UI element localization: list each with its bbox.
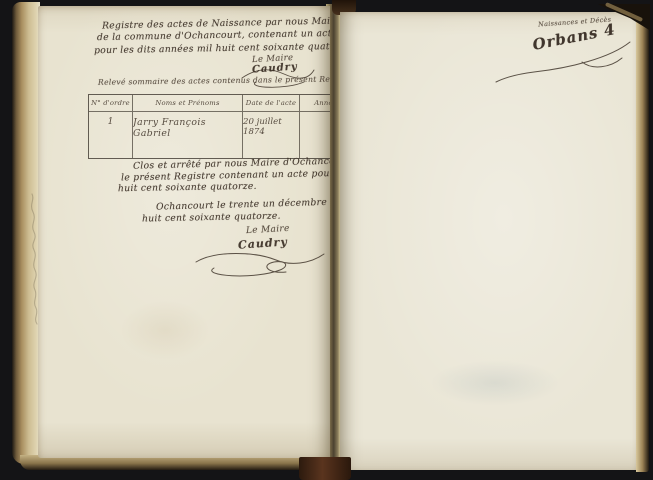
right-page-fore-edge xyxy=(636,8,649,472)
table-row-name: Jarry François Gabriel xyxy=(133,112,243,158)
col-header-order: N° d'ordre xyxy=(89,95,133,112)
corner-inscription-flourish xyxy=(490,36,635,84)
paper-stain-blue xyxy=(430,360,560,406)
table-row-date: 20 juillet 1874 xyxy=(243,112,300,158)
margin-vertical-marks xyxy=(26,192,38,337)
binding-bottom xyxy=(299,457,351,480)
closing-line-3: huit cent soixante quatorze. xyxy=(118,181,257,194)
summary-table: N° d'ordre Noms et Prénoms Date de l'act… xyxy=(88,94,330,159)
archive-scan-view: Registre des actes de Naissance par nous… xyxy=(0,0,653,480)
right-page: Naissances et Décès Orbans 4 xyxy=(340,12,638,470)
annotation-brace-mark xyxy=(326,117,330,157)
closing-role-label: Le Maire xyxy=(246,224,290,236)
opening-line-3: pour les dits années mil huit cent soixa… xyxy=(94,41,330,56)
col-header-date: Date de l'acte xyxy=(243,95,300,112)
table-row-order: 1 xyxy=(89,112,133,158)
closing-line-4: Ochancourt le trente un décembre mil xyxy=(156,196,330,212)
col-header-annotations: Annotations xyxy=(300,95,330,112)
closing-line-5: huit cent soixante quatorze. xyxy=(142,211,281,225)
left-page: Registre des actes de Naissance par nous… xyxy=(38,6,330,458)
paper-stain xyxy=(120,300,210,360)
table-row-annotation xyxy=(300,112,330,158)
signature-bottom-flourish xyxy=(186,244,330,278)
col-header-names: Noms et Prénoms xyxy=(133,95,243,112)
